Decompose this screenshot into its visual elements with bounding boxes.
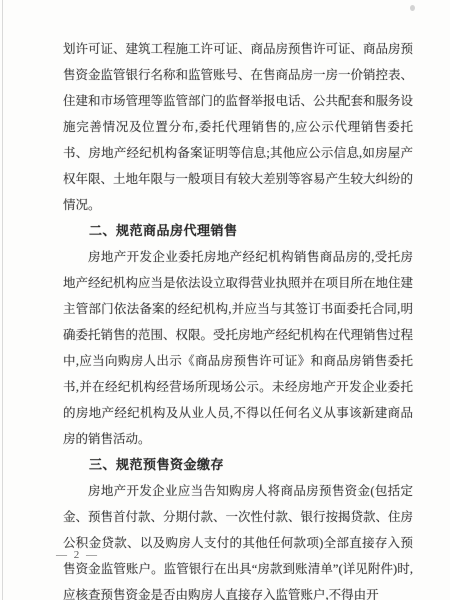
section-heading-3: 三、规范预售资金缴存 (63, 452, 413, 478)
paragraph-presale-funds: 房地产开发企业应当告知购房人将商品房预售资金(包括定金、预售首付款、分期付款、一… (63, 478, 413, 600)
document-page: 划许可证、建筑工程施工许可证、商品房预售许可证、商品房预售资金监管银行名称和监管… (0, 0, 450, 600)
paragraph-public-disclosure: 划许可证、建筑工程施工许可证、商品房预售许可证、商品房预售资金监管银行名称和监管… (63, 36, 413, 218)
page-number: — 2 — (56, 548, 99, 562)
scan-smudge-artifact (410, 5, 415, 11)
section-heading-2: 二、规范商品房代理销售 (63, 218, 413, 244)
paragraph-agency-sales: 房地产开发企业委托房地产经纪机构销售商品房的,受托房地产经纪机构应当是依法设立取… (63, 244, 413, 452)
scan-edge-line (2, 0, 3, 600)
document-body: 划许可证、建筑工程施工许可证、商品房预售许可证、商品房预售资金监管银行名称和监管… (63, 36, 413, 600)
